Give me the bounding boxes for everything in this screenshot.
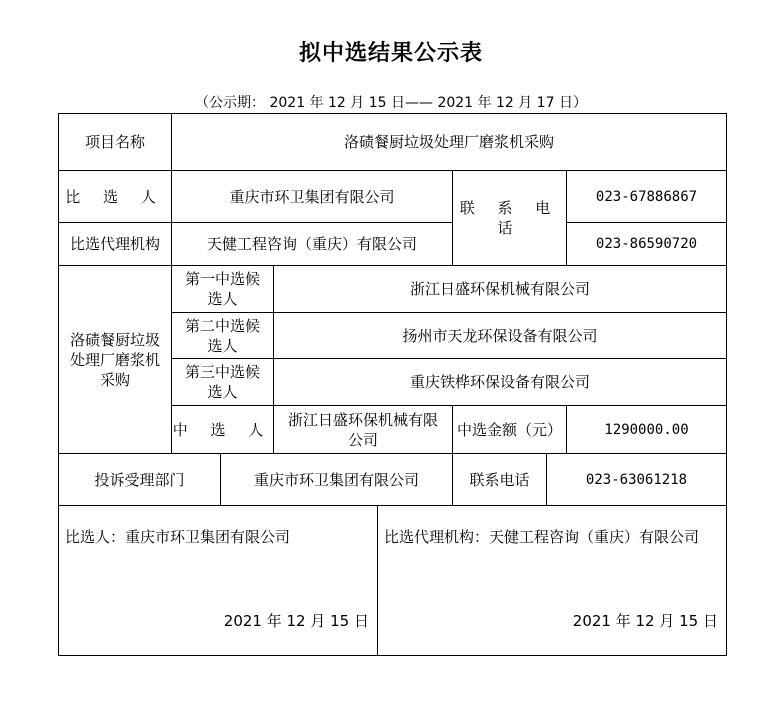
candidate-rank-cell: 第一中选候选人 — [171, 265, 274, 313]
candidate-rank-label: 第三中选候选人 — [180, 362, 265, 402]
lot-name-cell: 洛碛餐厨垃圾处理厂磨浆机采购 — [58, 265, 172, 454]
selector-signature-date: 2021 年 12 月 15 日 — [224, 610, 369, 631]
candidate-company: 重庆铁桦环保设备有限公司 — [410, 372, 590, 392]
candidate-rank-label: 第二中选候选人 — [180, 316, 265, 356]
complaint-phone-label: 联系电话 — [469, 470, 529, 490]
agency-signature-date: 2021 年 12 月 15 日 — [573, 610, 718, 631]
winner-value: 浙江日盛环保机械有限公司 — [282, 410, 444, 450]
project-name-label: 项目名称 — [85, 132, 145, 152]
project-name-label-cell: 项目名称 — [58, 113, 172, 171]
candidate-company-cell: 重庆铁桦环保设备有限公司 — [273, 358, 727, 406]
selector-value-cell: 重庆市环卫集团有限公司 — [171, 170, 453, 223]
agency-label-cell: 比选代理机构 — [58, 222, 172, 266]
agency-phone-cell: 023-86590720 — [566, 222, 727, 266]
lot-name: 洛碛餐厨垃圾处理厂磨浆机采购 — [65, 330, 165, 390]
project-name-value-cell: 洛碛餐厨垃圾处理厂磨浆机采购 — [171, 113, 727, 171]
agency-signature: 比选代理机构：天健工程咨询（重庆）有限公司 — [384, 526, 699, 547]
selector-value: 重庆市环卫集团有限公司 — [229, 187, 394, 207]
winner-value-cell: 浙江日盛环保机械有限公司 — [273, 405, 453, 454]
candidate-rank-cell: 第三中选候选人 — [171, 358, 274, 406]
candidate-company: 浙江日盛环保机械有限公司 — [410, 279, 590, 299]
amount-value: 1290000.00 — [604, 420, 688, 440]
complaint-dept-value-cell: 重庆市环卫集团有限公司 — [220, 453, 453, 506]
candidate-company: 扬州市天龙环保设备有限公司 — [402, 326, 597, 346]
amount-label-cell: 中选金额（元） — [452, 405, 567, 454]
candidate-company-cell: 浙江日盛环保机械有限公司 — [273, 265, 727, 313]
complaint-phone-value: 023-63061218 — [586, 470, 687, 490]
selector-phone: 023-67886867 — [596, 187, 697, 207]
complaint-dept-label: 投诉受理部门 — [94, 470, 184, 490]
selector-phone-cell: 023-67886867 — [566, 170, 727, 223]
candidate-rank-cell: 第二中选候选人 — [171, 312, 274, 359]
complaint-phone-value-cell: 023-63061218 — [546, 453, 727, 506]
agency-phone: 023-86590720 — [596, 234, 697, 254]
agency-value-cell: 天健工程咨询（重庆）有限公司 — [171, 222, 453, 266]
amount-label: 中选金额（元） — [457, 420, 562, 440]
agency-label: 比选代理机构 — [70, 234, 160, 254]
complaint-phone-label-cell: 联系电话 — [452, 453, 547, 506]
selector-signature: 比选人：重庆市环卫集团有限公司 — [65, 526, 290, 547]
agency-signature-cell: 比选代理机构：天健工程咨询（重庆）有限公司 2021 年 12 月 15 日 — [377, 505, 727, 656]
amount-value-cell: 1290000.00 — [566, 405, 727, 454]
selector-signature-cell: 比选人：重庆市环卫集团有限公司 2021 年 12 月 15 日 — [58, 505, 378, 656]
agency-value: 天健工程咨询（重庆）有限公司 — [207, 234, 417, 254]
winner-label: 中 选 人 — [173, 420, 273, 440]
contact-phone-label-cell: 联 系 电 话 — [452, 170, 567, 266]
candidate-rank-label: 第一中选候选人 — [180, 269, 265, 309]
complaint-dept-value: 重庆市环卫集团有限公司 — [254, 470, 419, 490]
project-name-value: 洛碛餐厨垃圾处理厂磨浆机采购 — [344, 132, 554, 152]
contact-phone-label: 联 系 电 话 — [453, 198, 566, 238]
winner-label-cell: 中 选 人 — [171, 405, 274, 454]
selector-label: 比 选 人 — [65, 187, 165, 207]
document-title: 拟中选结果公示表 — [0, 36, 782, 67]
selector-label-cell: 比 选 人 — [58, 170, 172, 223]
publicity-period: （公示期： 2021 年 12 月 15 日—— 2021 年 12 月 17 … — [0, 92, 782, 112]
complaint-dept-label-cell: 投诉受理部门 — [58, 453, 221, 506]
candidate-company-cell: 扬州市天龙环保设备有限公司 — [273, 312, 727, 359]
